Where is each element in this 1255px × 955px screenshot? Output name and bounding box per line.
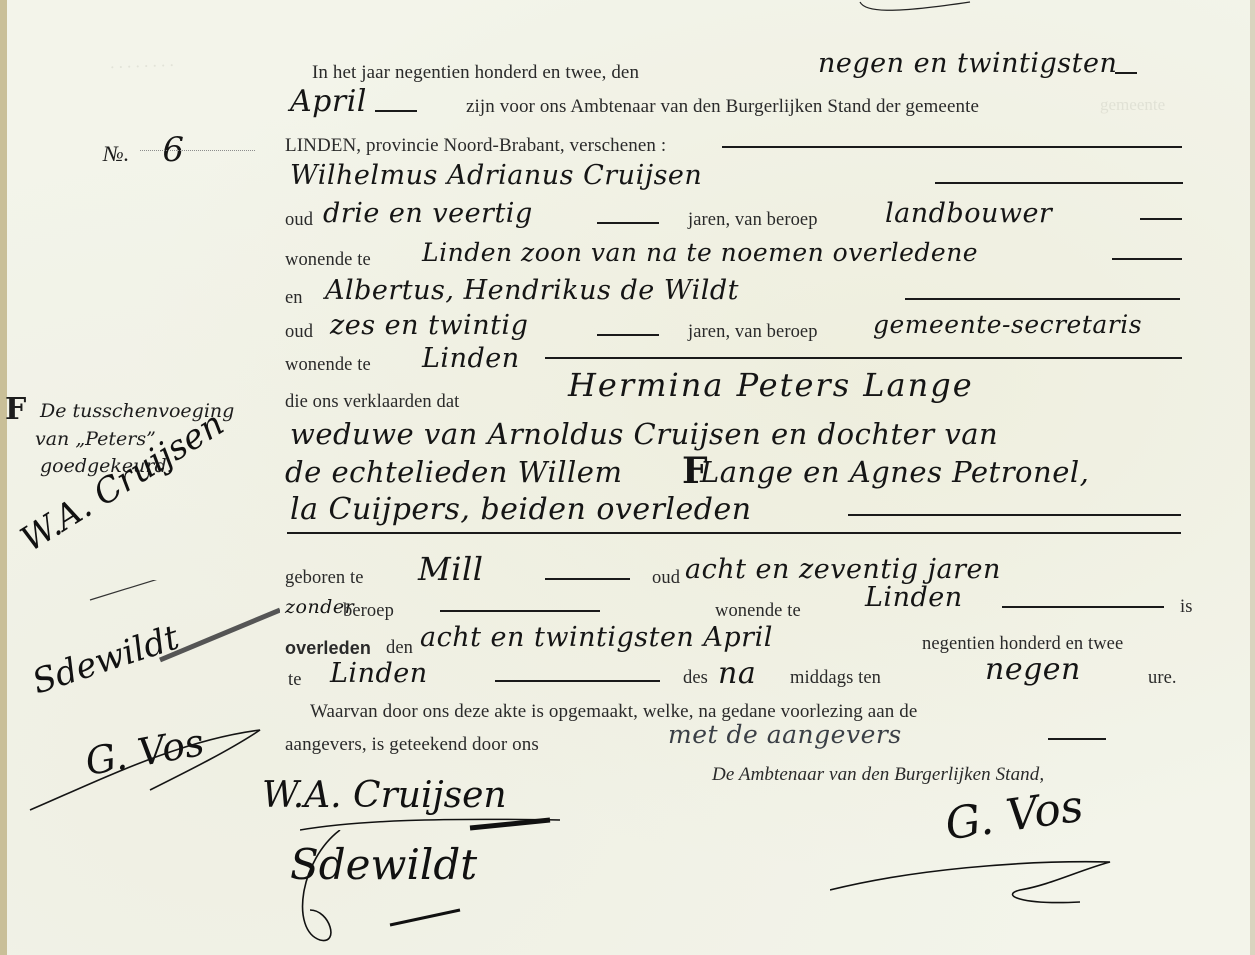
- fill-rule: [545, 357, 1182, 359]
- handwritten-occupation: gemeente-secretaris: [873, 310, 1142, 339]
- printed-text: jaren, van beroep: [688, 322, 818, 343]
- official-title: De Ambtenaar van den Burgerlijken Stand,: [712, 764, 1044, 786]
- printed-text: en: [285, 288, 303, 309]
- fill-rule: [1002, 606, 1164, 608]
- fill-rule: [1140, 218, 1182, 220]
- printed-text: LINDEN, provincie Noord-Brabant, versche…: [285, 135, 666, 157]
- printed-text: is: [1180, 597, 1193, 618]
- printed-text: In het jaar negentien honderd en twee, d…: [312, 62, 639, 84]
- printed-text: aangevers, is geteekend door ons: [285, 734, 539, 756]
- signature-dewildt-flourish: [280, 830, 480, 950]
- handwritten-signatory-note: met de aangevers: [668, 720, 902, 749]
- fill-rule: [1112, 258, 1182, 260]
- line-witness-1-age: oud drie en veertig jaren, van beroep la…: [0, 200, 1255, 240]
- fill-rule: [597, 222, 659, 224]
- fill-rule: [1115, 72, 1137, 74]
- fill-rule: [495, 680, 660, 682]
- line-deceased-parents-cont: la Cuijpers, beiden overleden: [0, 496, 1255, 536]
- margin-note-line: van „Peters”: [35, 428, 156, 450]
- signature-vos-flourish: [830, 850, 1120, 910]
- handwritten-age: zes en twintig: [330, 310, 528, 341]
- handwritten-day: negen en twintigsten: [818, 48, 1117, 79]
- printed-text: te: [288, 670, 302, 691]
- printed-text: wonende te: [285, 250, 371, 271]
- printed-text: ure.: [1148, 668, 1177, 689]
- handwritten-date-of-death: acht en twintigsten April: [420, 622, 773, 653]
- handwritten-age: acht en zeventig jaren: [685, 554, 1001, 585]
- handwritten-name: Albertus, Hendrikus de Wildt: [325, 275, 739, 306]
- handwritten-residence: Linden zoon van na te noemen overledene: [422, 238, 978, 267]
- printed-text: wonende te: [715, 601, 801, 622]
- handwritten-am-pm: na: [718, 656, 756, 691]
- blank-fill-rule: [287, 532, 1181, 534]
- fill-rule: [905, 298, 1180, 300]
- handwritten-residence: Linden: [422, 343, 520, 374]
- line-witness-1-name: Wilhelmus Adrianus Cruijsen: [0, 160, 1255, 200]
- handwritten-hour: negen: [985, 652, 1081, 687]
- handwritten-text: weduwe van Arnoldus Cruijsen en dochter …: [290, 417, 998, 451]
- fill-rule: [440, 610, 600, 612]
- fill-rule: [722, 146, 1182, 148]
- fill-rule: [935, 182, 1183, 184]
- signature-flourish-margin: [20, 580, 280, 840]
- printed-text: den: [386, 638, 413, 659]
- handwritten-residence: Linden: [865, 582, 963, 613]
- line-intro: In het jaar negentien honderd en twee, d…: [0, 52, 1255, 92]
- printed-text-bold: overleden: [285, 638, 371, 659]
- fill-rule: [545, 578, 630, 580]
- top-stray-stroke: [820, 0, 1020, 20]
- margin-marker: F: [5, 392, 26, 427]
- printed-text: oud: [285, 210, 313, 231]
- printed-text: des: [683, 668, 708, 689]
- line-witness-1-residence: wonende te Linden zoon van na te noemen …: [0, 240, 1255, 280]
- printed-text: geboren te: [285, 568, 364, 589]
- handwritten-name: Wilhelmus Adrianus Cruijsen: [290, 160, 702, 191]
- printed-text: jaren, van beroep: [688, 210, 818, 231]
- handwritten-place-of-death: Linden: [330, 658, 428, 689]
- handwritten-age: drie en veertig: [323, 198, 533, 229]
- handwritten-deceased-name: Hermina Peters Lange: [568, 366, 974, 404]
- line-month: April zijn voor ons Ambtenaar van den Bu…: [0, 90, 1255, 130]
- printed-text: oud: [652, 568, 680, 589]
- printed-text: beroep: [343, 601, 394, 622]
- fill-rule: [1048, 738, 1106, 740]
- fill-rule: [375, 110, 417, 112]
- fill-rule: [848, 514, 1181, 516]
- printed-text: oud: [285, 322, 313, 343]
- printed-text: middags ten: [790, 668, 881, 689]
- handwritten-text: de echtelieden Willem: [285, 455, 622, 489]
- handwritten-occupation: landbouwer: [885, 198, 1052, 229]
- printed-text: zijn voor ons Ambtenaar van den Burgerli…: [466, 96, 979, 118]
- fill-rule: [597, 334, 659, 336]
- handwritten-birthplace: Mill: [418, 550, 483, 588]
- handwritten-month: April: [290, 84, 367, 119]
- handwritten-text: la Cuijpers, beiden overleden: [290, 492, 752, 527]
- handwritten-text: Lange en Agnes Petronel,: [700, 455, 1089, 489]
- printed-text: die ons verklaarden dat: [285, 392, 459, 413]
- printed-text: wonende te: [285, 355, 371, 376]
